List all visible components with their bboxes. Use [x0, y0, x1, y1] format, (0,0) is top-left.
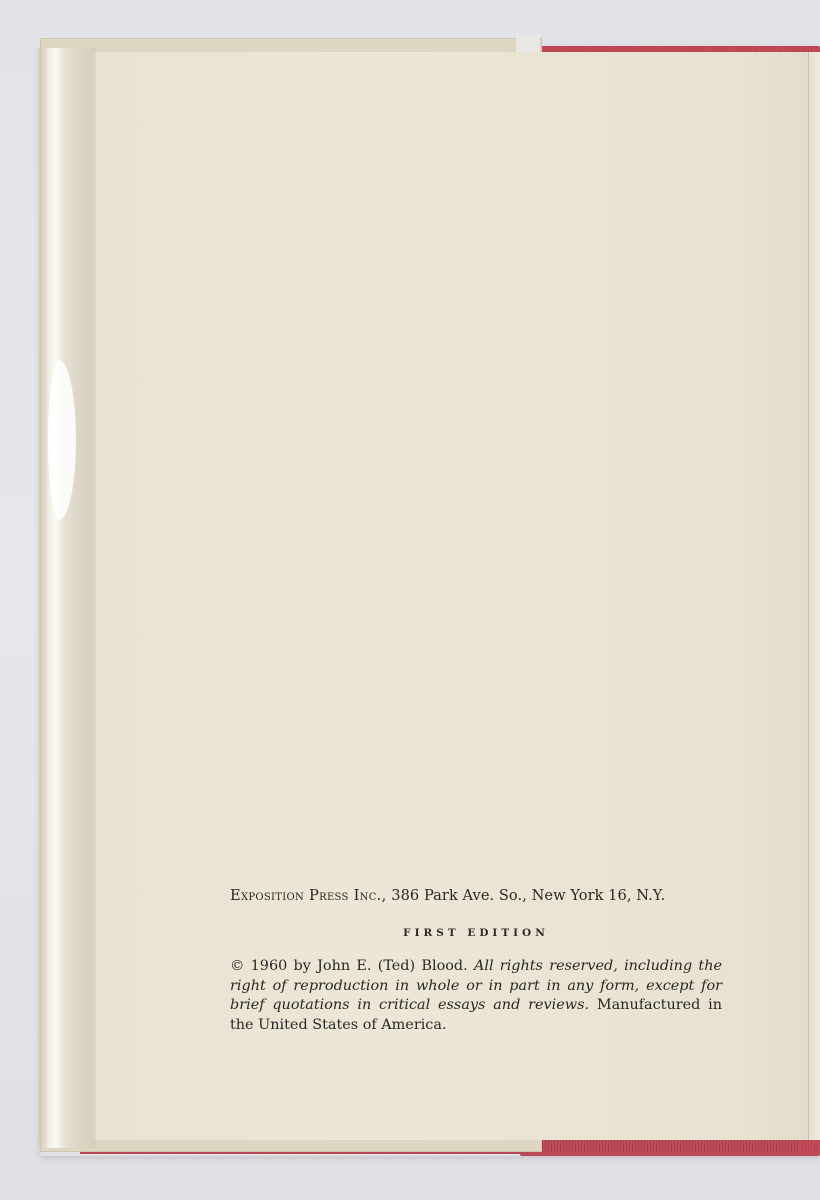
copyright-notice: © 1960 by John E. (Ted) Blood.: [230, 958, 468, 974]
publisher-address: 386 Park Ave. So., New York 16, N.Y.: [387, 887, 666, 904]
publisher-line: Exposition Press Inc., 386 Park Ave. So.…: [230, 886, 722, 905]
page-edge: [808, 52, 820, 1140]
copyright-paragraph: © 1960 by John E. (Ted) Blood. All right…: [230, 957, 722, 1035]
mylar-tab: [516, 34, 540, 52]
edition-label: FIRST EDITION: [230, 924, 722, 943]
mylar-cover-sheen: [38, 48, 96, 1148]
copyright-imprint: Exposition Press Inc., 386 Park Ave. So.…: [230, 886, 722, 1035]
publisher-name: Exposition Press Inc.,: [230, 887, 387, 904]
